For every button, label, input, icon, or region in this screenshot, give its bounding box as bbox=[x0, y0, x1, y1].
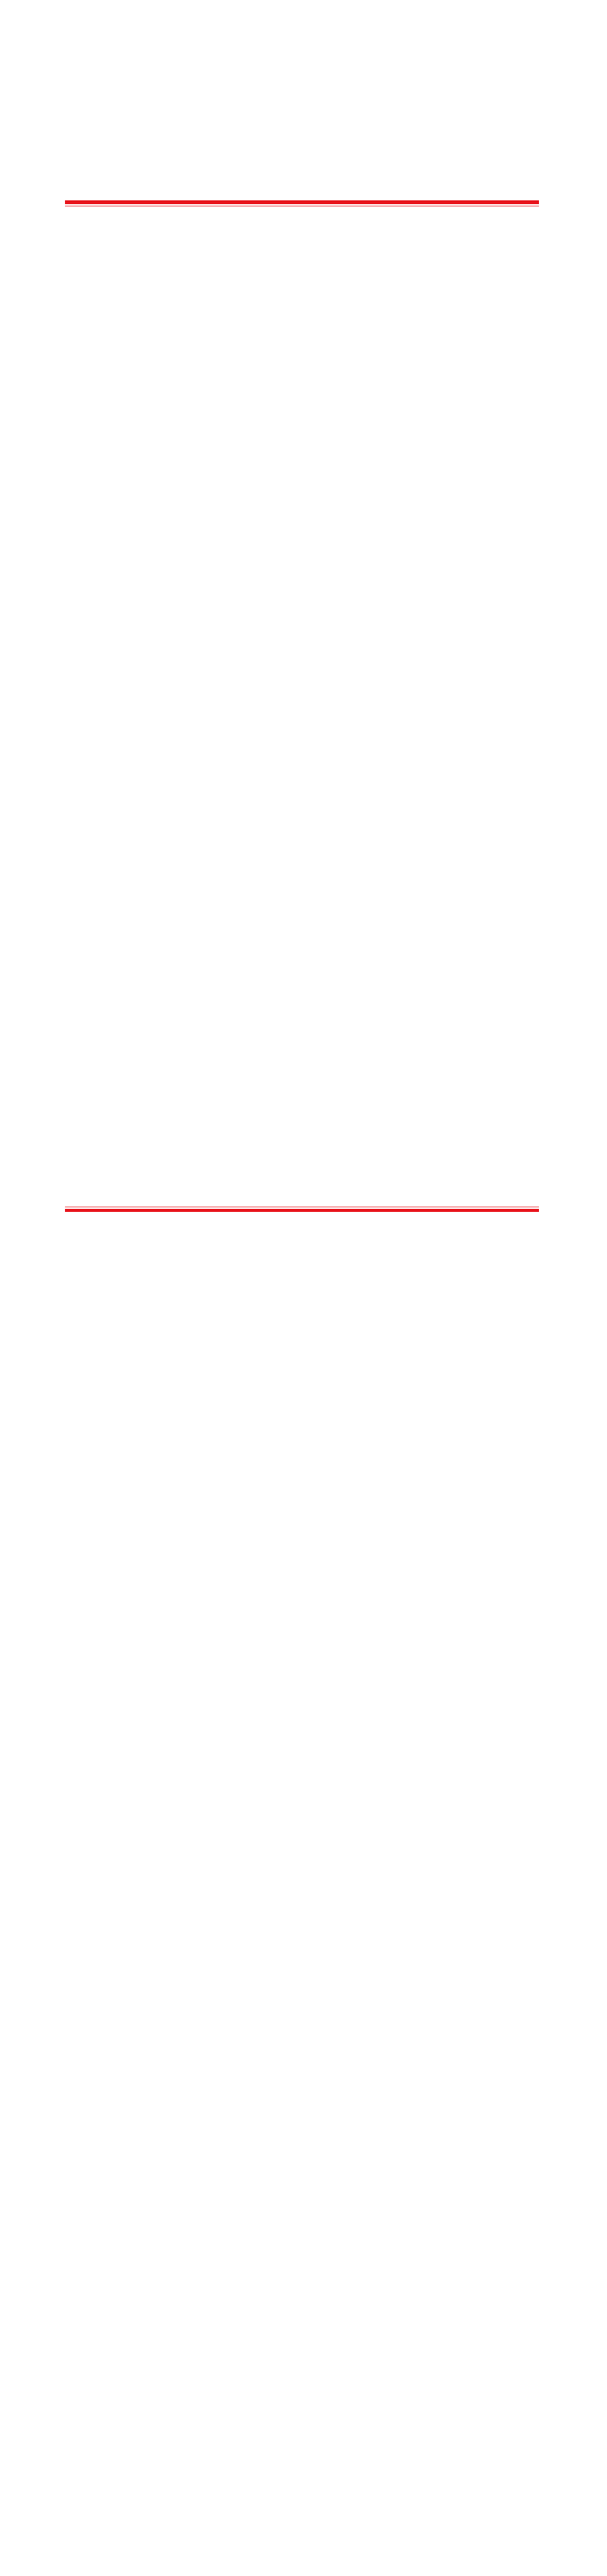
masthead-title bbox=[65, 122, 539, 196]
page-bottom-red-divider bbox=[65, 1207, 539, 1213]
masthead-red-divider bbox=[65, 200, 539, 206]
condition-1-part-1 bbox=[76, 1061, 539, 1191]
